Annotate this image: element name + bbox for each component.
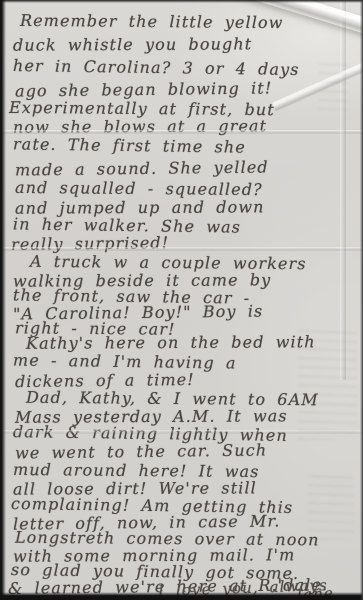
handwriting-layer: Remember the little yellow duck whistle …: [0, 0, 363, 600]
handwritten-line: Kathy's here on the bed with: [26, 332, 316, 353]
handwritten-line: duck whistle you bought: [13, 34, 252, 54]
scan-edge-bottom: [0, 592, 363, 600]
scan-edge-top: [0, 0, 363, 3]
handwritten-line: really surprised!: [11, 233, 169, 254]
letter-scan: Remember the little yellow duck whistle …: [0, 0, 363, 600]
scan-edge-left: [0, 0, 6, 600]
handwritten-line: Remember the little yellow: [20, 11, 284, 32]
handwritten-line: made a sound. She yelled: [15, 157, 269, 179]
handwritten-line: me - and I'm having a: [13, 350, 237, 372]
handwritten-line: we went to the car. Such: [15, 440, 267, 462]
handwritten-line: rate. The first time she: [13, 134, 246, 156]
handwritten-line: now she blows at a great: [13, 116, 267, 136]
handwritten-line: her in Carolina? 3 or 4 days: [13, 56, 300, 79]
handwritten-line: and squalled - squealled?: [15, 178, 263, 199]
